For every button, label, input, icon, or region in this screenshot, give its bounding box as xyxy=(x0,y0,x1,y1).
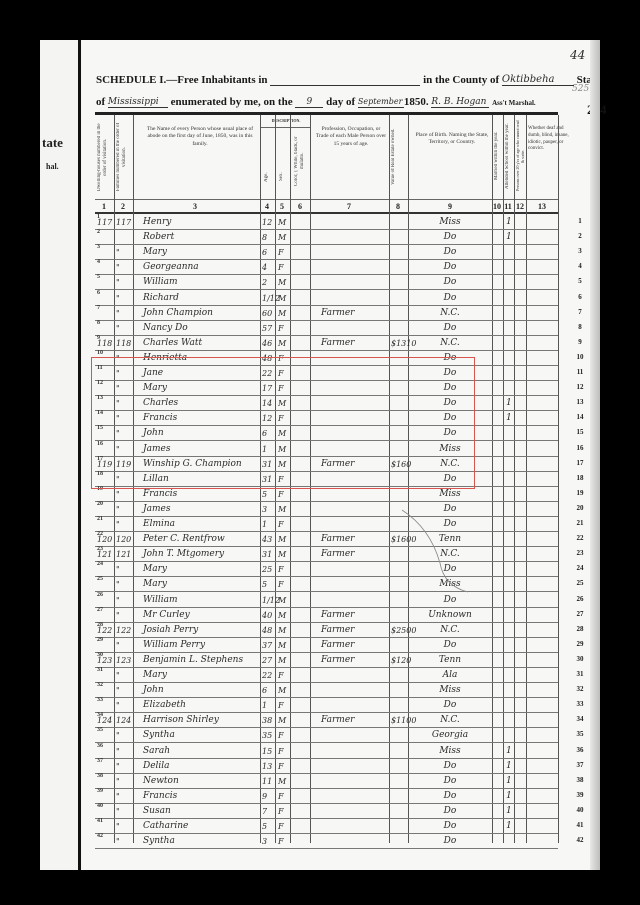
occupation: Farmer xyxy=(321,715,354,725)
of-label: of xyxy=(96,96,105,108)
line-number: 31 xyxy=(97,667,103,673)
header-number-rule xyxy=(95,199,558,200)
person-name: Richard xyxy=(143,293,179,303)
table-row: 22120120Peter C. Rentfrow43MFarmer$1600T… xyxy=(95,531,558,547)
handwritten-page-number: 44 xyxy=(570,48,585,62)
sex: F xyxy=(278,263,284,272)
column-number: 1 xyxy=(96,202,112,211)
age: 2 xyxy=(262,278,267,287)
family-number: " xyxy=(116,731,120,740)
family-number: " xyxy=(116,414,120,423)
county-label: in the County of xyxy=(423,74,499,86)
line-number-right: 12 xyxy=(573,383,587,391)
sex: F xyxy=(278,747,284,756)
table-row: 30123123Benjamin L. Stephens27MFarmer$12… xyxy=(95,652,558,668)
header-top-rule xyxy=(95,112,558,115)
occupation: Farmer xyxy=(321,308,354,318)
age: 15 xyxy=(262,747,272,756)
table-row: 25"Mary5FMiss25 xyxy=(95,576,558,592)
line-number-right: 17 xyxy=(573,459,587,467)
birthplace: N.C. xyxy=(425,625,475,635)
person-name: Delila xyxy=(143,761,170,771)
line-number: 39 xyxy=(97,788,103,794)
dwelling-number: 122 xyxy=(97,626,112,635)
age: 9 xyxy=(262,792,267,801)
person-name: Elmina xyxy=(143,519,175,529)
line-number-right: 22 xyxy=(573,534,587,542)
school-mark: 1 xyxy=(506,806,512,816)
real-estate-value: $2500 xyxy=(391,626,416,635)
line-number: 26 xyxy=(97,592,103,598)
table-row: 29"William Perry37MFarmerDo29 xyxy=(95,637,558,653)
sex: M xyxy=(278,596,286,605)
table-row: 35"Syntha35FGeorgia35 xyxy=(95,727,558,743)
family-number: " xyxy=(116,686,120,695)
sex: M xyxy=(278,505,286,514)
age: 22 xyxy=(262,369,272,378)
day-of-label: day of xyxy=(326,96,355,108)
person-name: William xyxy=(143,595,178,605)
table-right-border xyxy=(558,115,559,843)
line-number: 21 xyxy=(97,516,103,522)
line-number-right: 28 xyxy=(573,625,587,633)
line-number-right: 36 xyxy=(573,746,587,754)
sex: M xyxy=(278,218,286,227)
sex: F xyxy=(278,384,284,393)
column-number: 4 xyxy=(259,202,275,211)
sex: F xyxy=(278,671,284,680)
person-name: James xyxy=(143,444,170,454)
line-number: 11 xyxy=(97,365,103,371)
person-name: Charles xyxy=(143,398,178,408)
dwelling-number: 124 xyxy=(97,716,112,725)
year-label: 1850. xyxy=(404,96,429,108)
line-number-right: 1 xyxy=(573,217,587,225)
person-name: Francis xyxy=(143,413,177,423)
real-estate-value: $160 xyxy=(391,460,411,469)
sex: F xyxy=(278,762,284,771)
person-name: Harrison Shirley xyxy=(143,715,219,725)
birthplace: Do xyxy=(425,595,475,605)
family-number: " xyxy=(116,641,120,650)
person-name: Syntha xyxy=(143,730,175,740)
family-number: " xyxy=(116,596,120,605)
birthplace: Georgia xyxy=(425,730,475,740)
birthplace: Do xyxy=(425,700,475,710)
person-name: James xyxy=(143,504,170,514)
line-number-right: 4 xyxy=(573,262,587,270)
sex: M xyxy=(278,294,286,303)
occupation: Farmer xyxy=(321,610,354,620)
family-number: " xyxy=(116,837,120,846)
age: 46 xyxy=(262,339,272,348)
sex: M xyxy=(278,309,286,318)
birthplace: Do xyxy=(425,504,475,514)
header-sex: Sex. xyxy=(279,162,289,192)
header-birthplace: Place of Birth. Naming the State, Territ… xyxy=(413,132,491,147)
age: 4 xyxy=(262,263,267,272)
age: 6 xyxy=(262,248,267,257)
line-number-right: 14 xyxy=(573,413,587,421)
birthplace: Do xyxy=(425,428,475,438)
birthplace: N.C. xyxy=(425,308,475,318)
sex: F xyxy=(278,822,284,831)
line-number: 41 xyxy=(97,818,103,824)
birthplace: Do xyxy=(425,836,475,846)
line-number-right: 2 xyxy=(573,232,587,240)
person-name: Winship G. Champion xyxy=(143,459,242,469)
birthplace: Do xyxy=(425,353,475,363)
sex: M xyxy=(278,535,286,544)
dwelling-number: 121 xyxy=(97,550,112,559)
table-row: 10"Henrietta48FDo10 xyxy=(95,350,558,366)
line-number: 14 xyxy=(97,410,103,416)
age: 43 xyxy=(262,535,272,544)
person-name: Elizabeth xyxy=(143,700,186,710)
sex: F xyxy=(278,837,284,846)
age: 6 xyxy=(262,686,267,695)
table-row: 18"Lillan31FDo18 xyxy=(95,471,558,487)
family-number: 118 xyxy=(116,339,131,348)
school-mark: 1 xyxy=(506,232,512,242)
family-number: " xyxy=(116,475,120,484)
line-number-right: 16 xyxy=(573,444,587,452)
line-number: 7 xyxy=(97,305,100,311)
family-number: 121 xyxy=(116,550,131,559)
birthplace: Do xyxy=(425,640,475,650)
birthplace: Tenn xyxy=(425,534,475,544)
table-row: 27"Mr Curley40MFarmerUnknown27 xyxy=(95,607,558,623)
sex: M xyxy=(278,429,286,438)
column-number: 7 xyxy=(341,202,357,211)
sex: M xyxy=(278,278,286,287)
line-number: 5 xyxy=(97,274,100,280)
line-number: 15 xyxy=(97,425,103,431)
table-row: 21"Elmina1FDo21 xyxy=(95,516,558,532)
occupation: Farmer xyxy=(321,338,354,348)
column-number: 8 xyxy=(390,202,406,211)
person-name: Mary xyxy=(143,564,167,574)
line-number: 36 xyxy=(97,743,103,749)
table-row: 7"John Champion60MFarmerN.C.7 xyxy=(95,305,558,321)
line-number-right: 13 xyxy=(573,398,587,406)
age: 8 xyxy=(262,233,267,242)
person-name: William Perry xyxy=(143,640,205,650)
family-number: " xyxy=(116,747,120,756)
sex: F xyxy=(278,701,284,710)
school-mark: 1 xyxy=(506,791,512,801)
birthplace: Miss xyxy=(425,685,475,695)
line-number: 8 xyxy=(97,320,100,326)
left-page-state-fragment: tate xyxy=(42,135,63,151)
family-number: " xyxy=(116,384,120,393)
sex: M xyxy=(278,686,286,695)
header-dwelling: Dwelling-houses numbered in the order of… xyxy=(97,122,113,192)
left-page-marshal-fragment: hal. xyxy=(46,162,59,171)
dwelling-number: 123 xyxy=(97,656,112,665)
family-number: " xyxy=(116,354,120,363)
birthplace: Do xyxy=(425,821,475,831)
schedule-title: SCHEDULE I.—Free Inhabitants in xyxy=(96,74,268,86)
sex: M xyxy=(278,399,286,408)
line-number-right: 33 xyxy=(573,700,587,708)
age: 13 xyxy=(262,762,272,771)
line-number-right: 30 xyxy=(573,655,587,663)
line-number-right: 39 xyxy=(573,791,587,799)
person-name: Mr Curley xyxy=(143,610,190,620)
table-row: 34124124Harrison Shirley38MFarmer$1100N.… xyxy=(95,712,558,728)
family-number: " xyxy=(116,309,120,318)
description-rule xyxy=(261,127,311,128)
age: 31 xyxy=(262,460,272,469)
birthplace: Do xyxy=(425,474,475,484)
age: 12 xyxy=(262,218,272,227)
birthplace: Do xyxy=(425,519,475,529)
sex: F xyxy=(278,731,284,740)
person-name: Mary xyxy=(143,247,167,257)
age: 27 xyxy=(262,656,272,665)
line-number-right: 6 xyxy=(573,293,587,301)
family-number: 124 xyxy=(116,716,131,725)
table-row: 33"Elizabeth1FDo33 xyxy=(95,697,558,713)
school-mark: 1 xyxy=(506,821,512,831)
age: 57 xyxy=(262,324,272,333)
age: 12 xyxy=(262,414,272,423)
line-number: 2 xyxy=(97,229,100,235)
sex: F xyxy=(278,580,284,589)
sex: M xyxy=(278,339,286,348)
line-number: 38 xyxy=(97,773,103,779)
birthplace: Do xyxy=(425,232,475,242)
birthplace: Miss xyxy=(425,489,475,499)
family-number: " xyxy=(116,807,120,816)
line-number-right: 26 xyxy=(573,595,587,603)
birthplace: Do xyxy=(425,806,475,816)
line-number: 25 xyxy=(97,576,103,582)
county-value: Oktibbeha xyxy=(502,74,555,85)
table-row: 37"Delila13FDo137 xyxy=(95,758,558,774)
line-number-right: 5 xyxy=(573,277,587,285)
sex: M xyxy=(278,460,286,469)
occupation: Farmer xyxy=(321,549,354,559)
age: 14 xyxy=(262,399,272,408)
birthplace: N.C. xyxy=(425,338,475,348)
birthplace: N.C. xyxy=(425,549,475,559)
table-row: 6"Richard1/12MDo6 xyxy=(95,290,558,306)
column-number: 6 xyxy=(292,202,308,211)
table-row: 15"John6MDo15 xyxy=(95,425,558,441)
person-name: Josiah Perry xyxy=(143,625,198,635)
line-number: 37 xyxy=(97,758,103,764)
age: 37 xyxy=(262,641,272,650)
person-name: Benjamin L. Stephens xyxy=(143,655,243,665)
page-edge xyxy=(590,40,600,870)
age: 1 xyxy=(262,520,267,529)
table-row: 13"Charles14MDo113 xyxy=(95,395,558,411)
line-number: 16 xyxy=(97,441,103,447)
column-number: 5 xyxy=(274,202,290,211)
township-blank xyxy=(270,73,420,86)
family-number: " xyxy=(116,263,120,272)
age: 22 xyxy=(262,671,272,680)
person-name: John xyxy=(143,685,164,695)
family-number: " xyxy=(116,565,120,574)
table-row: 11"Jane22FDo11 xyxy=(95,365,558,381)
line-number-right: 10 xyxy=(573,353,587,361)
line-number-right: 21 xyxy=(573,519,587,527)
age: 3 xyxy=(262,837,267,846)
table-row: 5"William2MDo5 xyxy=(95,274,558,290)
enumeration-line: of Mississippi enumerated by me, on the … xyxy=(96,95,536,108)
table-row: 17119119Winship G. Champion31MFarmer$160… xyxy=(95,456,558,472)
age: 1 xyxy=(262,445,267,454)
sex: F xyxy=(278,414,284,423)
table-row: 41"Catharine5FDo141 xyxy=(95,818,558,834)
family-number: " xyxy=(116,520,120,529)
age: 17 xyxy=(262,384,272,393)
header-age: Age. xyxy=(264,162,274,192)
family-number: " xyxy=(116,701,120,710)
line-number: 27 xyxy=(97,607,103,613)
sex: M xyxy=(278,233,286,242)
age: 48 xyxy=(262,626,272,635)
birthplace: Ala xyxy=(425,670,475,680)
line-number: 18 xyxy=(97,471,103,477)
person-name: Henry xyxy=(143,217,171,227)
person-name: Lillan xyxy=(143,474,169,484)
sex: M xyxy=(278,656,286,665)
line-number-right: 9 xyxy=(573,338,587,346)
sex: M xyxy=(278,611,286,620)
age: 38 xyxy=(262,716,272,725)
line-number: 19 xyxy=(97,486,103,492)
person-name: John xyxy=(143,428,164,438)
age: 60 xyxy=(262,309,272,318)
sex: F xyxy=(278,369,284,378)
age: 35 xyxy=(262,731,272,740)
age: 1 xyxy=(262,701,267,710)
birthplace: Tenn xyxy=(425,655,475,665)
table-row: 1117117Henry12MMiss11 xyxy=(95,214,558,230)
person-name: Mary xyxy=(143,579,167,589)
sex: F xyxy=(278,354,284,363)
person-name: Sarah xyxy=(143,746,170,756)
person-name: Georgeanna xyxy=(143,262,199,272)
birthplace: Miss xyxy=(425,579,475,589)
line-number-right: 15 xyxy=(573,428,587,436)
sex: M xyxy=(278,626,286,635)
column-number: 9 xyxy=(442,202,458,211)
census-page: 44 525 SCHEDULE I.—Free Inhabitants in i… xyxy=(82,40,590,870)
birthplace: N.C. xyxy=(425,459,475,469)
line-number-right: 42 xyxy=(573,836,587,844)
birthplace: N.C. xyxy=(425,715,475,725)
person-name: Nancy Do xyxy=(143,323,188,333)
real-estate-value: $120 xyxy=(391,656,411,665)
age: 11 xyxy=(262,777,272,786)
line-number: 42 xyxy=(97,833,103,839)
table-row: 23121121John T. Mtgomery31MFarmerN.C.23 xyxy=(95,546,558,562)
birthplace: Do xyxy=(425,413,475,423)
occupation: Farmer xyxy=(321,534,354,544)
sex: F xyxy=(278,807,284,816)
sex: F xyxy=(278,792,284,801)
column-number: 13 xyxy=(534,202,550,211)
line-number-right: 20 xyxy=(573,504,587,512)
table-row: 2Robert8MDo12 xyxy=(95,229,558,245)
school-mark: 1 xyxy=(506,413,512,423)
age: 6 xyxy=(262,429,267,438)
table-row: 19"Francis5FMiss19 xyxy=(95,486,558,502)
family-number: " xyxy=(116,505,120,514)
birthplace: Do xyxy=(425,323,475,333)
line-number-right: 24 xyxy=(573,564,587,572)
marshal-name: R. B. Hogan xyxy=(431,97,486,107)
dwelling-number: 118 xyxy=(97,339,112,348)
age: 40 xyxy=(262,611,272,620)
sex: M xyxy=(278,550,286,559)
header-description: DESCRIPTION. xyxy=(261,118,311,123)
sex: M xyxy=(278,716,286,725)
age: 7 xyxy=(262,807,267,816)
family-number: " xyxy=(116,490,120,499)
dwelling-number: 117 xyxy=(97,218,112,227)
sex: M xyxy=(278,445,286,454)
occupation: Farmer xyxy=(321,625,354,635)
family-number: " xyxy=(116,445,120,454)
person-name: Charles Watt xyxy=(143,338,202,348)
person-name: John Champion xyxy=(143,308,213,318)
marshal-label: Ass't Marshal. xyxy=(492,99,536,107)
table-row: 28122122Josiah Perry48MFarmer$2500N.C.28 xyxy=(95,622,558,638)
line-number-right: 19 xyxy=(573,489,587,497)
school-mark: 1 xyxy=(506,217,512,227)
table-row: 14"Francis12FDo114 xyxy=(95,410,558,426)
school-mark: 1 xyxy=(506,746,512,756)
line-number: 24 xyxy=(97,561,103,567)
schedule-title-line: SCHEDULE I.—Free Inhabitants in in the C… xyxy=(96,73,600,86)
age: 31 xyxy=(262,475,272,484)
family-number: " xyxy=(116,294,120,303)
age: 5 xyxy=(262,490,267,499)
family-number: " xyxy=(116,671,120,680)
table-row: 16"James1MMiss16 xyxy=(95,441,558,457)
line-number-right: 34 xyxy=(573,715,587,723)
birthplace: Do xyxy=(425,368,475,378)
line-number: 4 xyxy=(97,259,100,265)
book-spine xyxy=(78,40,81,870)
family-number: " xyxy=(116,429,120,438)
real-estate-value: $1310 xyxy=(391,339,416,348)
person-name: Robert xyxy=(143,232,174,242)
family-number: " xyxy=(116,399,120,408)
birthplace: Do xyxy=(425,564,475,574)
school-mark: 1 xyxy=(506,398,512,408)
family-number: " xyxy=(116,762,120,771)
header-real-estate: Value of Real Estate owned. xyxy=(391,122,405,192)
person-name: William xyxy=(143,277,178,287)
line-number: 29 xyxy=(97,637,103,643)
table-row: 40"Susan7FDo140 xyxy=(95,803,558,819)
table-row: 8"Nancy Do57FDo8 xyxy=(95,320,558,336)
birthplace: Miss xyxy=(425,217,475,227)
age: 31 xyxy=(262,550,272,559)
table-row: 42"Syntha3FDo42 xyxy=(95,833,558,849)
line-number: 20 xyxy=(97,501,103,507)
birthplace: Miss xyxy=(425,444,475,454)
table-row: 4"Georgeanna4FDo4 xyxy=(95,259,558,275)
family-number: " xyxy=(116,278,120,287)
